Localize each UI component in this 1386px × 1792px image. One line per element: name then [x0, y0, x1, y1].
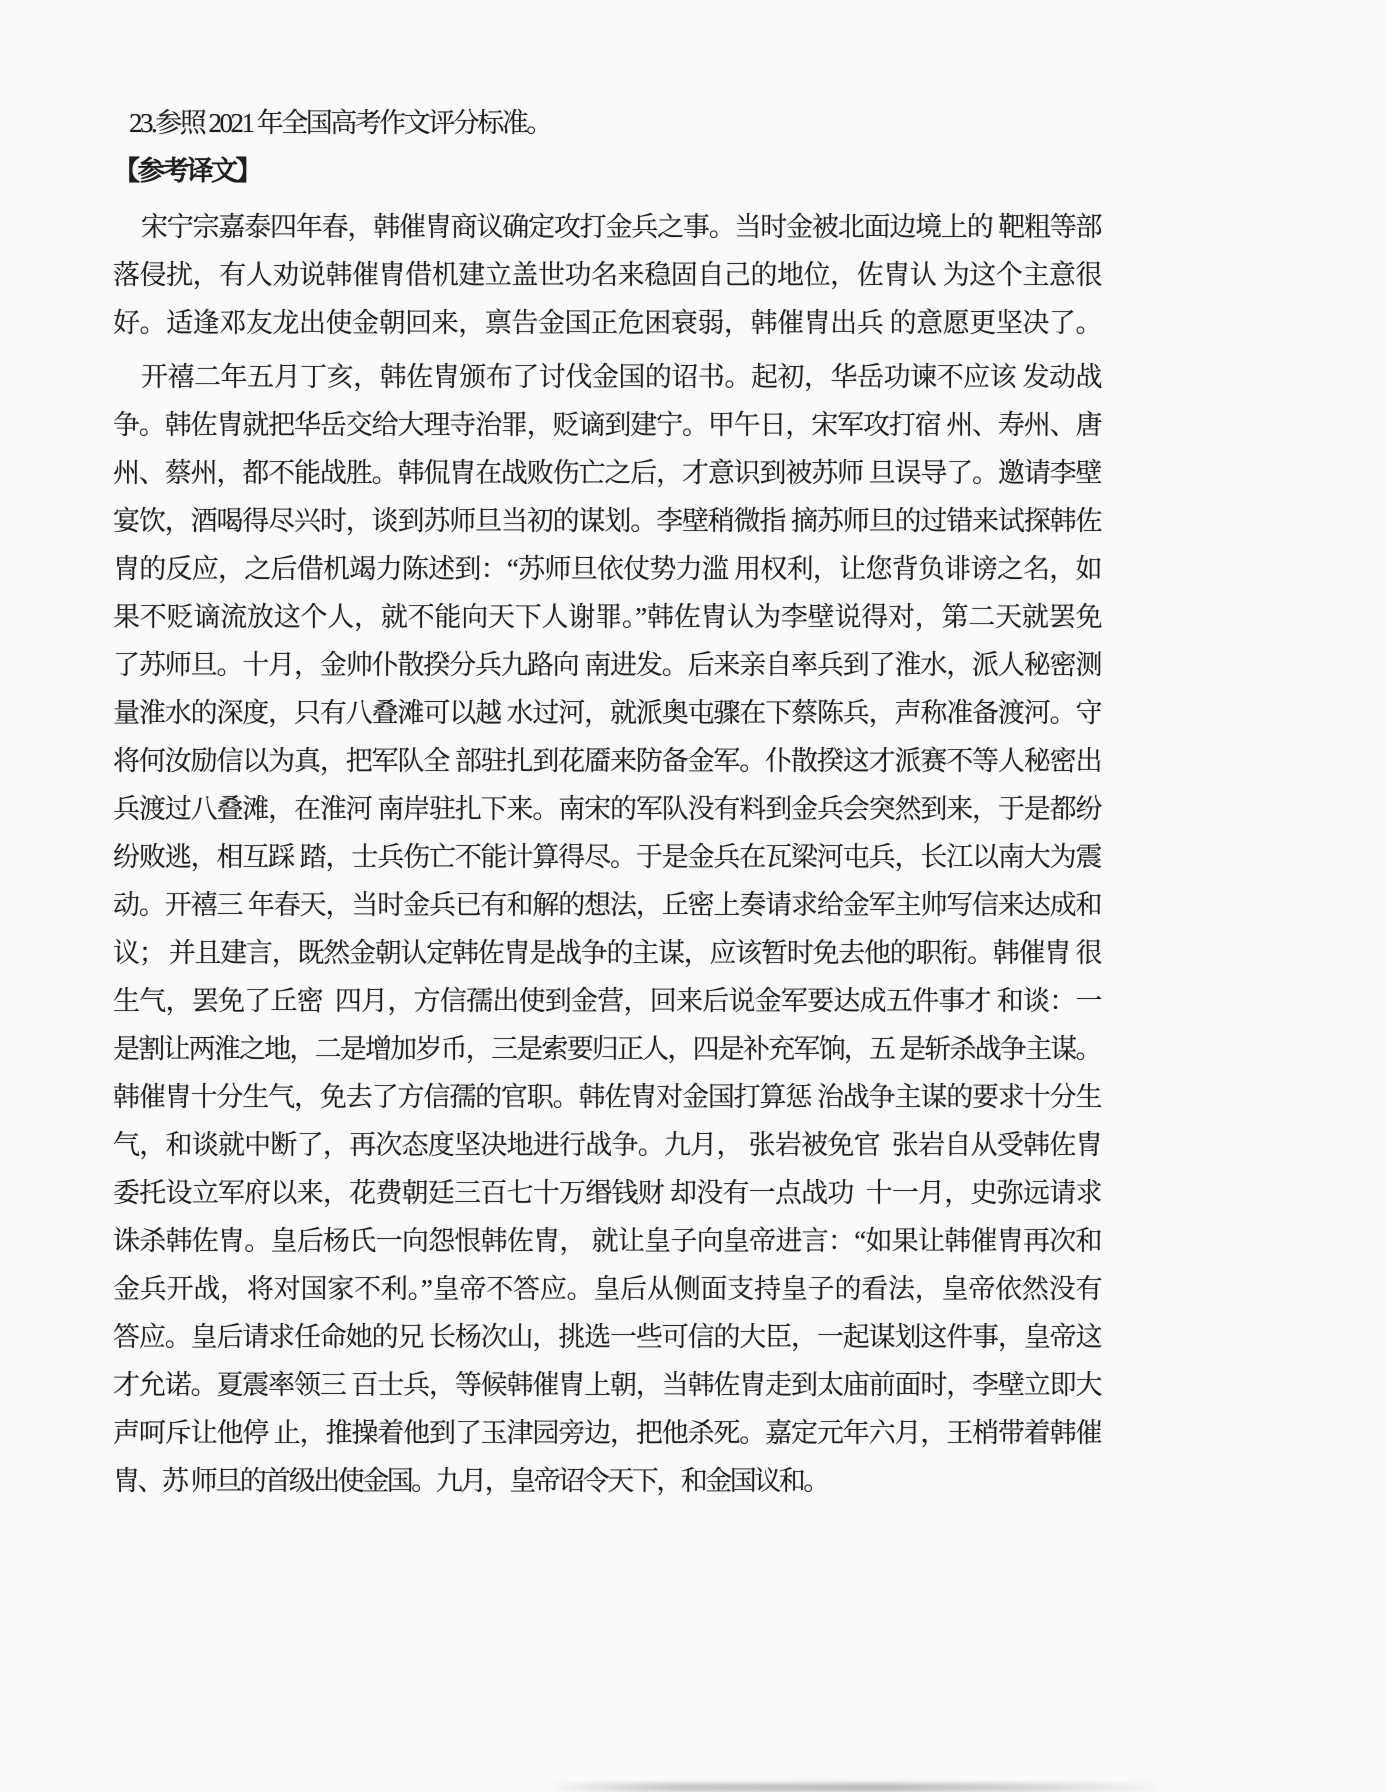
text-line: 争。韩佐冑就把华岳交给大理寺治罪，贬谪到建宁。甲午日，宋军攻打宿 州、寿州、唐	[113, 401, 1100, 449]
text-line: 量淮水的深度，只有八叠滩可以越 水过河，就派奥屯骤在下蔡陈兵，声称准备渡河。守	[113, 689, 1100, 737]
text-line: 是割让两淮之地，二是增加岁币，三是索要归正人，四是补充军饷，五 是斩杀战争主谋。	[113, 1025, 1100, 1073]
translation-paragraph: 开禧二年五月丁亥，韩佐冑颁布了讨伐金国的诏书。起初，华岳功谏不应该 发动战争。韩…	[113, 353, 1100, 1505]
text-line: 开禧二年五月丁亥，韩佐冑颁布了讨伐金国的诏书。起初，华岳功谏不应该 发动战	[113, 353, 1100, 401]
text-line: 了苏师旦。十月，金帅仆散揆分兵九路向 南进发。后来亲自率兵到了淮水，派人秘密测	[113, 641, 1100, 689]
text-line: 宴饮，酒喝得尽兴时，谈到苏师旦当初的谋划。李壁稍微指 摘苏师旦的过错来试探韩佐	[113, 497, 1100, 545]
translation-body: 宋宁宗嘉泰四年春，韩催冑商议确定攻打金兵之事。当时金被北面边境上的 靶粗等部落侵…	[113, 203, 1100, 1505]
text-line: 好。适逢邓友龙出使金朝回来，禀告金国正危困衰弱，韩催冑出兵 的意愿更坚决了。	[113, 299, 1100, 347]
text-line: 冑、苏 师旦的首级出使金国。九月，皇帝诏令天下，和金国议和。	[113, 1457, 1100, 1505]
text-line: 气，和谈就中断了，再次态度坚决地进行战争。九月， 张岩被免官 张岩自从受韩佐冑	[113, 1121, 1100, 1169]
text-line: 诛杀韩佐冑。皇后杨氏一向怨恨韩佐冑， 就让皇子向皇帝进言：“如果让韩催冑再次和	[113, 1217, 1100, 1265]
reference-translation-heading: 【参考译文】	[113, 147, 1100, 195]
text-line: 宋宁宗嘉泰四年春，韩催冑商议确定攻打金兵之事。当时金被北面边境上的 靶粗等部	[113, 203, 1100, 251]
text-line: 动。开禧三 年春天，当时金兵已有和解的想法，丘密上奏请求给金军主帅写信来达成和	[113, 881, 1100, 929]
text-line: 落侵扰，有人劝说韩催冑借机建立盖世功名来稳固自己的地位，佐冑认 为这个主意很	[113, 251, 1100, 299]
text-line: 答应。皇后请求任命她的兄 长杨次山，挑选一些可信的大臣，一起谋划这件事，皇帝这	[113, 1313, 1100, 1361]
text-line: 议； 并且建言，既然金朝认定韩佐冑是战争的主谋，应该暂时免去他的职衔。韩催冑 很	[113, 929, 1100, 977]
text-line: 州、蔡州，都不能战胜。韩侃冑在战败伤亡之后，才意识到被苏师 旦误导了。邀请李壁	[113, 449, 1100, 497]
text-line: 金兵开战，将对国家不利。”皇帝不答应。皇后从侧面支持皇子的看法，皇帝依然没有	[113, 1265, 1100, 1313]
text-line: 委托设立军府以来，花费朝廷三百七十万缗钱财 却没有一点战功 十一月，史弥远请求	[113, 1169, 1100, 1217]
text-line: 纷败逃，相互踩 踏，士兵伤亡不能计算得尽。于是金兵在瓦梁河屯兵，长江以南大为震	[113, 833, 1100, 881]
scan-smudge-artifact	[555, 1783, 1155, 1792]
question-23-note: 23.参照 2021 年全国高考作文评分标准。	[113, 99, 1100, 147]
text-line: 韩催冑十分生气，免去了方信孺的官职。韩佐冑对金国打算惩 治战争主谋的要求十分生	[113, 1073, 1100, 1121]
text-line: 才允诺。夏震率领三 百士兵，等候韩催冑上朝，当韩佐冑走到太庙前面时，李壁立即大	[113, 1361, 1100, 1409]
text-line: 生气，罢免了丘密 四月，方信孺出使到金营，回来后说金军要达成五件事才 和谈：一	[113, 977, 1100, 1025]
document-content: 23.参照 2021 年全国高考作文评分标准。 【参考译文】 宋宁宗嘉泰四年春，…	[113, 99, 1100, 1505]
text-line: 兵渡过八叠滩，在淮河 南岸驻扎下来。南宋的军队没有料到金兵会突然到来，于是都纷	[113, 785, 1100, 833]
scanned-document-page: 23.参照 2021 年全国高考作文评分标准。 【参考译文】 宋宁宗嘉泰四年春，…	[0, 0, 1386, 1792]
translation-paragraph: 宋宁宗嘉泰四年春，韩催冑商议确定攻打金兵之事。当时金被北面边境上的 靶粗等部落侵…	[113, 203, 1100, 347]
text-line: 果不贬谪流放这个人，就不能向天下人谢罪。”韩佐冑认为李壁说得对，第二天就罢免	[113, 593, 1100, 641]
text-line: 声呵斥让他停 止，推操着他到了玉津园旁边，把他杀死。嘉定元年六月，王梢带着韩催	[113, 1409, 1100, 1457]
text-line: 冑的反应，之后借机竭力陈述到：“苏师旦依仗势力滥 用权利，让您背负诽谤之名，如	[113, 545, 1100, 593]
text-line: 将何汝励信以为真，把军队全 部驻扎到花靥来防备金军。仆散揆这才派赛不等人秘密出	[113, 737, 1100, 785]
